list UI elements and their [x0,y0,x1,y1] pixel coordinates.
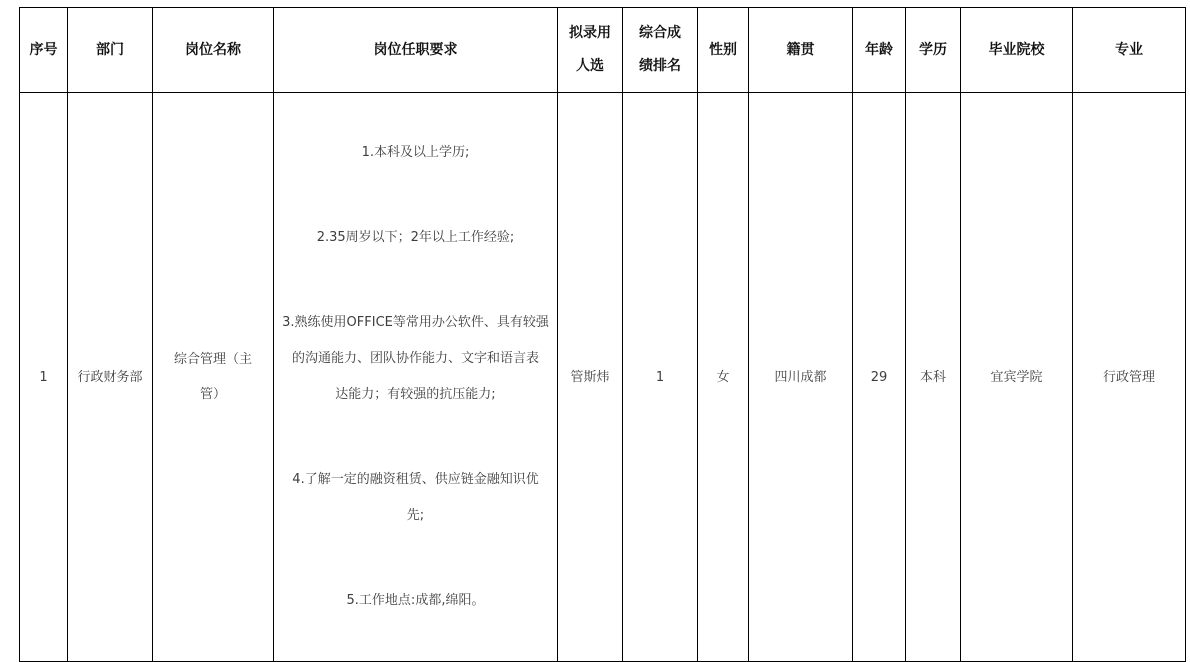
cell-gender: 女 [698,93,749,461]
cell-position: 综合管理（主 管） [153,93,274,461]
cell-department: 行政财务部 [68,93,153,461]
cell-age: 29 [853,93,906,461]
col-header-index: 序号 [20,8,68,93]
col-header-candidate: 拟录用 人选 [558,8,623,93]
cell-school: 宜宾学院 [961,93,1073,461]
cell-origin: 四川成都 [749,93,853,461]
requirement-item: 3.熟练使用OFFICE等常用办公软件、具有较强 的沟通能力、团队协作能力、文字… [276,305,555,413]
col-header-major: 专业 [1073,8,1186,93]
col-header-age: 年龄 [853,8,906,93]
cell-requirements: 1.本科及以上学历; 2.35周岁以下；2年以上工作经验; 3.熟练使用OFFI… [274,93,558,461]
cell-candidate: 管斯炜 [558,93,623,461]
recruitment-table-container: 序号 部门 岗位名称 岗位任职要求 拟录用 人选 综合成 绩排名 性别 籍贯 年… [19,7,1186,460]
cell-rank: 1 [623,93,698,461]
cell-major: 行政管理 [1073,93,1186,461]
table-body: 1 行政财务部 综合管理（主 管） 1.本科及以上学历; 2.35周岁以下；2年… [20,93,1186,461]
col-header-position: 岗位名称 [153,8,274,93]
col-header-school: 毕业院校 [961,8,1073,93]
cell-education: 本科 [906,93,961,461]
col-header-department: 部门 [68,8,153,93]
requirement-item: 1.本科及以上学历; [276,135,555,171]
col-header-origin: 籍贯 [749,8,853,93]
table-row: 1 行政财务部 综合管理（主 管） 1.本科及以上学历; 2.35周岁以下；2年… [20,93,1186,461]
recruitment-table: 序号 部门 岗位名称 岗位任职要求 拟录用 人选 综合成 绩排名 性别 籍贯 年… [19,7,1186,460]
header-row: 序号 部门 岗位名称 岗位任职要求 拟录用 人选 综合成 绩排名 性别 籍贯 年… [20,8,1186,93]
table-header: 序号 部门 岗位名称 岗位任职要求 拟录用 人选 综合成 绩排名 性别 籍贯 年… [20,8,1186,93]
requirement-item: 2.35周岁以下；2年以上工作经验; [276,220,555,256]
cell-index: 1 [20,93,68,461]
col-header-education: 学历 [906,8,961,93]
col-header-requirements: 岗位任职要求 [274,8,558,93]
col-header-gender: 性别 [698,8,749,93]
col-header-rank: 综合成 绩排名 [623,8,698,93]
